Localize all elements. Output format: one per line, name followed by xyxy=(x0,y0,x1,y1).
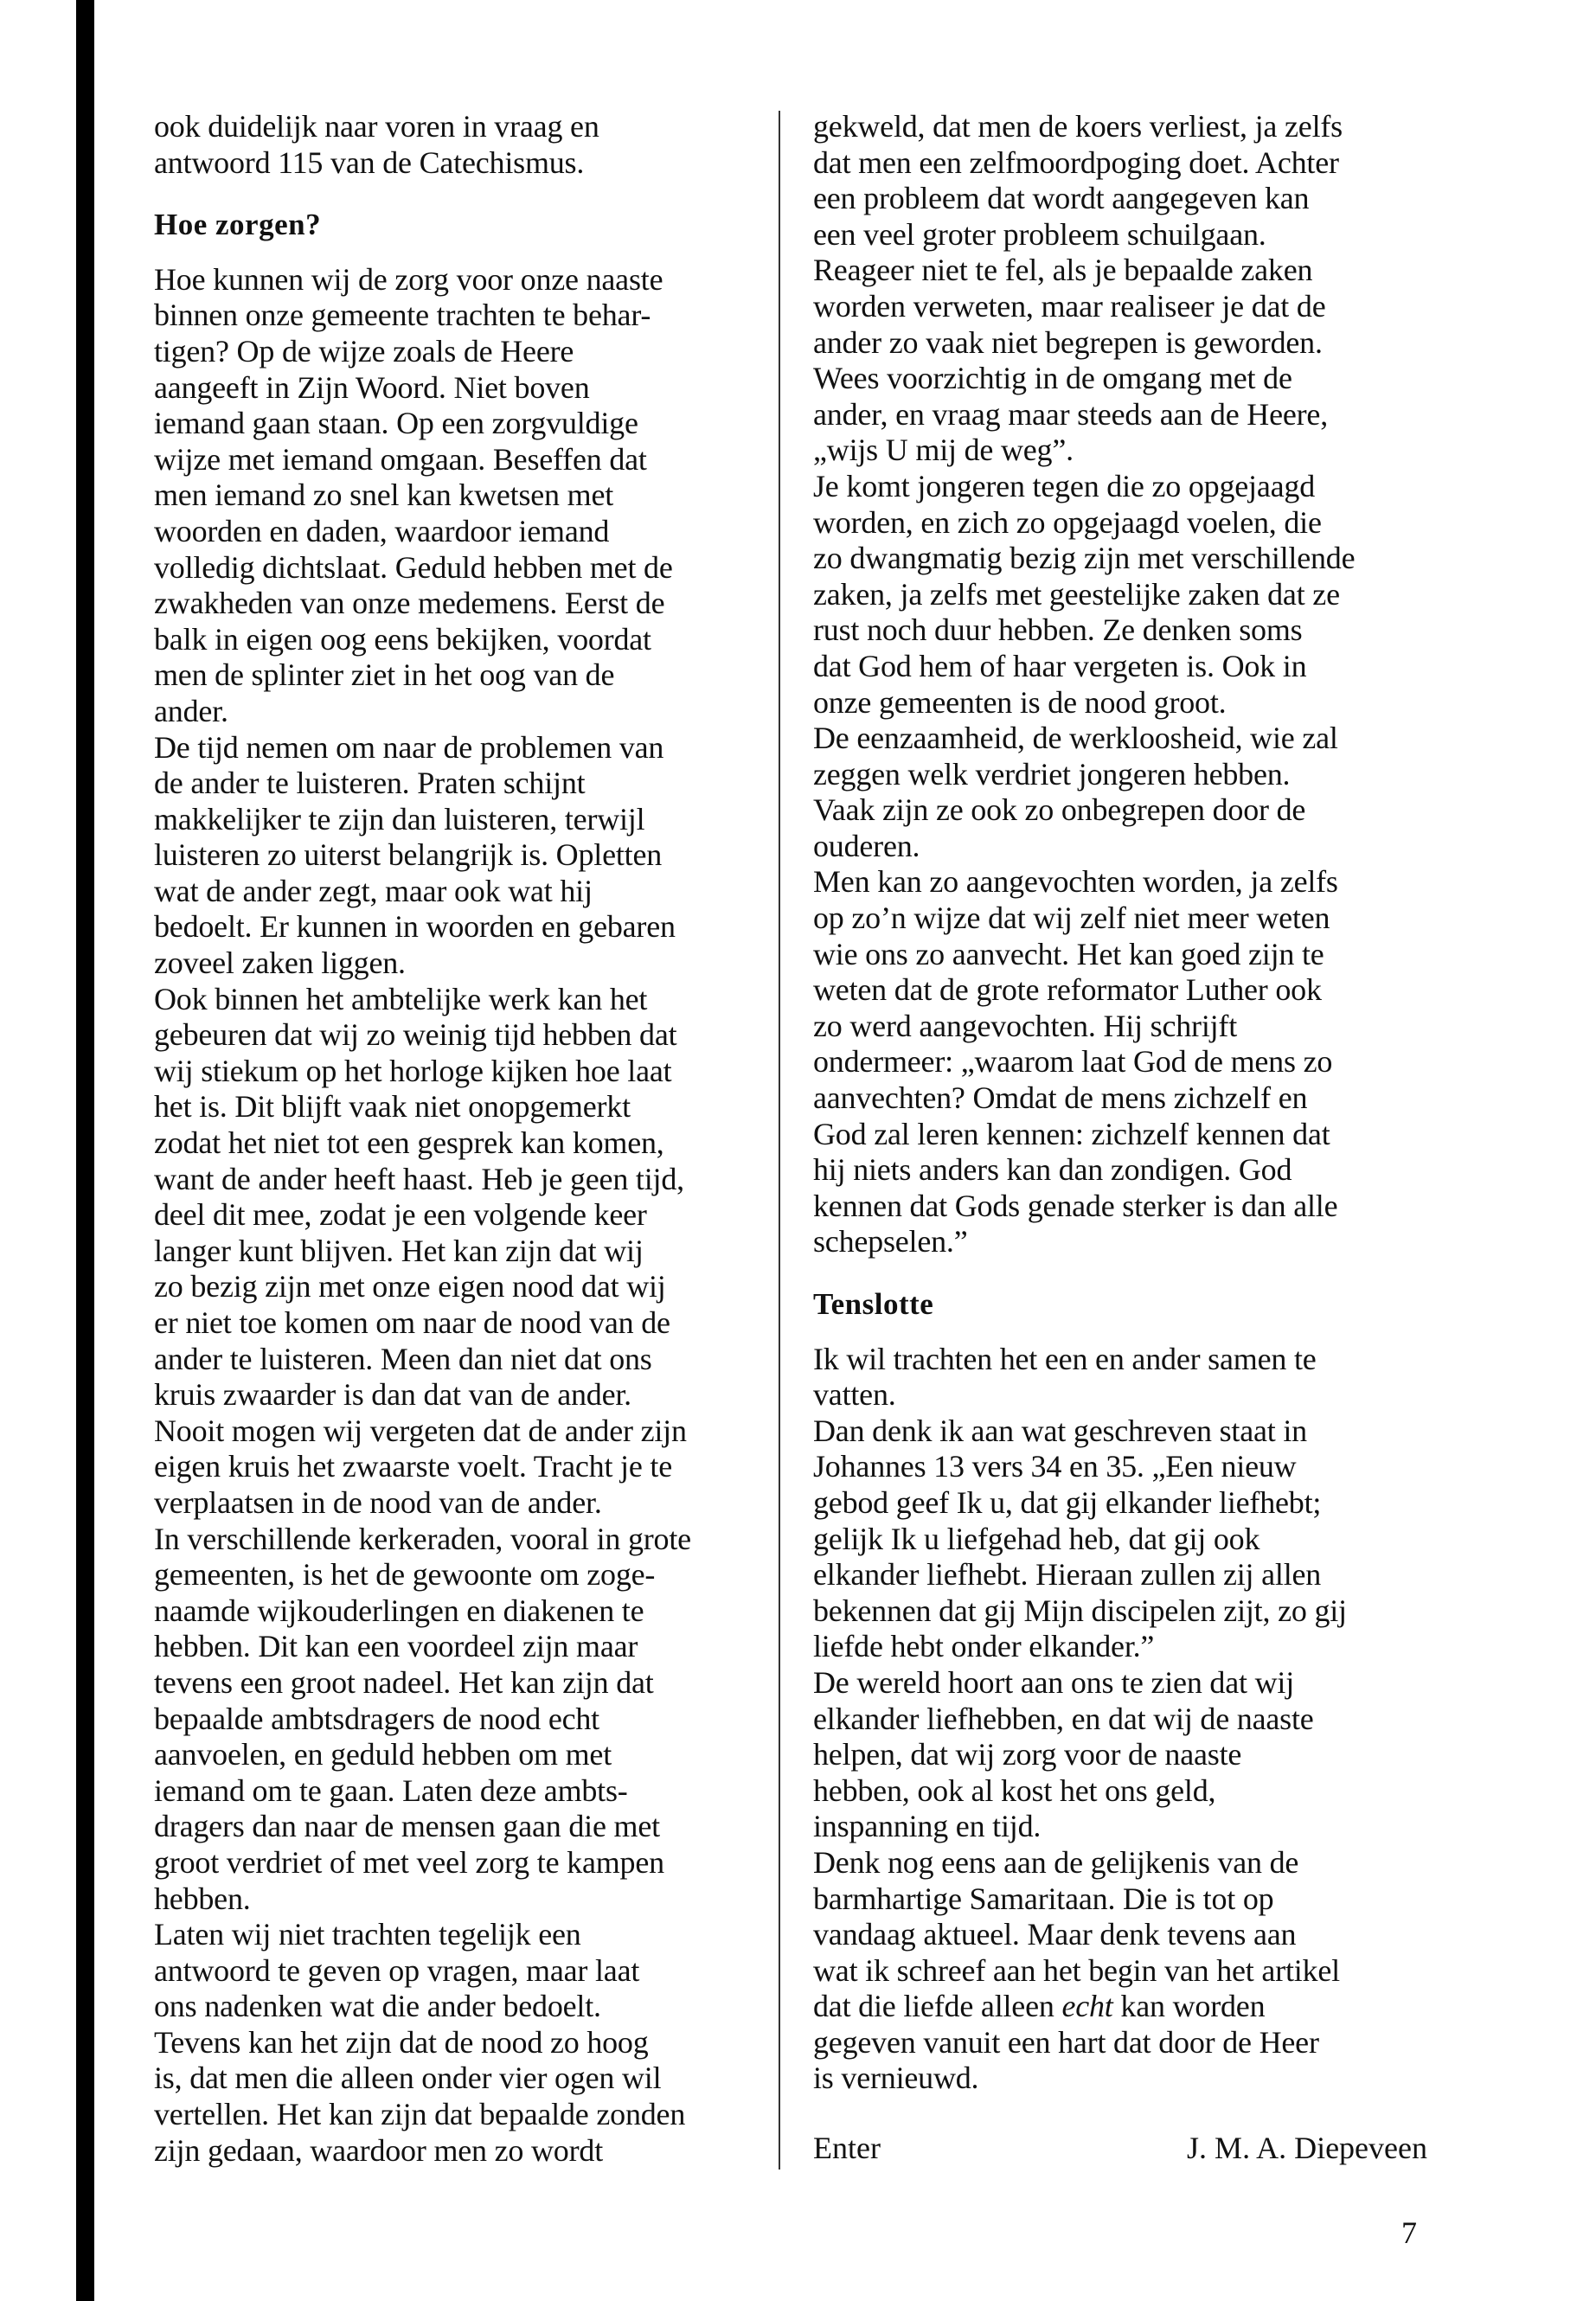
text-line: Johannes 13 vers 34 en 35. „Een nieuw xyxy=(813,1449,1436,1485)
text-line: op zo’n wijze dat wij zelf niet meer wet… xyxy=(813,901,1436,937)
text-line: het is. Dit blijft vaak niet onopgemerkt xyxy=(154,1089,768,1125)
right-column: gekweld, dat men de koers verliest, ja z… xyxy=(813,109,1436,2097)
text-line: want de ander heeft haast. Heb je geen t… xyxy=(154,1162,768,1198)
signature-author: J. M. A. Diepeveen xyxy=(1187,2131,1427,2167)
text-line: gemeenten, is het de gewoonte om zoge- xyxy=(154,1557,768,1593)
text-line: helpen, dat wij zorg voor de naaste xyxy=(813,1737,1436,1773)
text-line: worden, en zich zo opgejaagd voelen, die xyxy=(813,505,1436,542)
text-line: verplaatsen in de nood van de ander. xyxy=(154,1485,768,1522)
text-line: volledig dichtslaat. Geduld hebben met d… xyxy=(154,550,768,586)
text-line: vatten. xyxy=(813,1377,1436,1413)
page-number: 7 xyxy=(1401,2214,1417,2251)
text-line: tevens een groot nadeel. Het kan zijn da… xyxy=(154,1665,768,1702)
text-line: wat de ander zegt, maar ook wat hij xyxy=(154,874,768,910)
text-line: aangeeft in Zijn Woord. Niet boven xyxy=(154,370,768,407)
text-line: balk in eigen oog eens bekijken, voordat xyxy=(154,622,768,658)
text-line: hebben, ook al kost het ons geld, xyxy=(813,1773,1436,1810)
text-line: Vaak zijn ze ook zo onbegrepen door de xyxy=(813,792,1436,829)
text-line: Laten wij niet trachten tegelijk een xyxy=(154,1917,768,1953)
text-line: Je komt jongeren tegen die zo opgejaagd xyxy=(813,469,1436,505)
text-line: zo dwangmatig bezig zijn met verschillen… xyxy=(813,541,1436,577)
text-line: ook duidelijk naar voren in vraag en xyxy=(154,109,768,145)
text-line: ander zo vaak niet begrepen is geworden. xyxy=(813,325,1436,362)
text-line: wie ons zo aanvecht. Het kan goed zijn t… xyxy=(813,937,1436,973)
text-line: vandaag aktueel. Maar denk tevens aan xyxy=(813,1917,1436,1953)
text-line: „wijs U mij de weg”. xyxy=(813,433,1436,469)
text-line: De wereld hoort aan ons te zien dat wij xyxy=(813,1665,1436,1702)
text-line: eigen kruis het zwaarste voelt. Tracht j… xyxy=(154,1449,768,1485)
text-line: zaken, ja zelfs met geestelijke zaken da… xyxy=(813,577,1436,613)
text-line: aanvechten? Omdat de mens zichzelf en xyxy=(813,1080,1436,1117)
text-line: zodat het niet tot een gesprek kan komen… xyxy=(154,1125,768,1162)
left-column: ook duidelijk naar voren in vraag en ant… xyxy=(154,109,768,2169)
text-line: zijn gedaan, waardoor men zo wordt xyxy=(154,2133,768,2170)
text-line: ander, en vraag maar steeds aan de Heere… xyxy=(813,397,1436,433)
text-line: woorden en daden, waardoor iemand xyxy=(154,514,768,550)
signature: Enter J. M. A. Diepeveen xyxy=(813,2131,1427,2167)
text-line: wijze met iemand omgaan. Beseffen dat xyxy=(154,442,768,478)
text-line: hij niets anders kan dan zondigen. God xyxy=(813,1152,1436,1189)
text-line: de ander te luisteren. Praten schijnt xyxy=(154,766,768,802)
text-line: God zal leren kennen: zichzelf kennen da… xyxy=(813,1117,1436,1153)
text-line: een veel groter probleem schuilgaan. xyxy=(813,217,1436,253)
text-line: Denk nog eens aan de gelijkenis van de xyxy=(813,1845,1436,1881)
signature-place: Enter xyxy=(813,2131,881,2167)
text-line-with-emphasis: dat die liefde alleen echt kan worden xyxy=(813,1989,1436,2025)
text-line: wat ik schreef aan het begin van het art… xyxy=(813,1953,1436,1990)
text-line: aanvoelen, en geduld hebben om met xyxy=(154,1737,768,1773)
text-line: iemand om te gaan. Laten deze ambts- xyxy=(154,1773,768,1810)
text-line: gebod geef Ik u, dat gij elkander liefhe… xyxy=(813,1485,1436,1522)
text-line: zo bezig zijn met onze eigen nood dat wi… xyxy=(154,1269,768,1305)
text-line: langer kunt blijven. Het kan zijn dat wi… xyxy=(154,1234,768,1270)
text-line: makkelijker te zijn dan luisteren, terwi… xyxy=(154,802,768,838)
text-line: er niet toe komen om naar de nood van de xyxy=(154,1305,768,1342)
text-line: De eenzaamheid, de werkloosheid, wie zal xyxy=(813,721,1436,757)
text-line: barmhartige Samaritaan. Die is tot op xyxy=(813,1881,1436,1918)
text-line: weten dat de grote reformator Luther ook xyxy=(813,972,1436,1009)
text-line: kruis zwaarder is dan dat van de ander. xyxy=(154,1377,768,1413)
text-line: is, dat men die alleen onder vier ogen w… xyxy=(154,2061,768,2097)
text-line: inspanning en tijd. xyxy=(813,1809,1436,1845)
section-heading-hoe-zorgen: Hoe zorgen? xyxy=(154,207,768,243)
text-line: deel dit mee, zodat je een volgende keer xyxy=(154,1197,768,1234)
text-line: iemand gaan staan. Op een zorgvuldige xyxy=(154,406,768,442)
text-line: rust noch duur hebben. Ze denken soms xyxy=(813,612,1436,649)
section-heading-tenslotte: Tenslotte xyxy=(813,1286,1436,1323)
text-line: dragers dan naar de mensen gaan die met xyxy=(154,1809,768,1845)
text-line: ons nadenken wat die ander bedoelt. xyxy=(154,1989,768,2025)
text-line: men de splinter ziet in het oog van de xyxy=(154,657,768,694)
text-line: liefde hebt onder elkander.” xyxy=(813,1629,1436,1665)
text-line: vertellen. Het kan zijn dat bepaalde zon… xyxy=(154,2097,768,2133)
right-body-text-a: gekweld, dat men de koers verliest, ja z… xyxy=(813,109,1436,1260)
text-line: wij stiekum op het horloge kijken hoe la… xyxy=(154,1054,768,1090)
left-body-text: Hoe kunnen wij de zorg voor onze naasteb… xyxy=(154,262,768,2169)
text-line: Reageer niet te fel, als je bepaalde zak… xyxy=(813,253,1436,289)
text-line: hebben. xyxy=(154,1881,768,1918)
text-line: gegeven vanuit een hart dat door de Heer xyxy=(813,2025,1436,2061)
text-line: bekennen dat gij Mijn discipelen zijt, z… xyxy=(813,1593,1436,1630)
text-line: Nooit mogen wij vergeten dat de ander zi… xyxy=(154,1413,768,1450)
text-line: antwoord 115 van de Catechismus. xyxy=(154,145,768,182)
text-line: elkander liefhebt. Hieraan zullen zij al… xyxy=(813,1557,1436,1593)
right-body-text-b: Ik wil trachten het een en ander samen t… xyxy=(813,1342,1436,1990)
text-line: Men kan zo aangevochten worden, ja zelfs xyxy=(813,864,1436,901)
page-edge-bar xyxy=(76,0,94,2301)
text-line: is vernieuwd. xyxy=(813,2061,1436,2097)
text-line: luisteren zo uiterst belangrijk is. Ople… xyxy=(154,837,768,874)
text-line: bepaalde ambtsdragers de nood echt xyxy=(154,1702,768,1738)
text-line: bedoelt. Er kunnen in woorden en gebaren xyxy=(154,909,768,945)
right-body-text-c: gegeven vanuit een hart dat door de Heer… xyxy=(813,2025,1436,2097)
text-line: dat God hem of haar vergeten is. Ook in xyxy=(813,649,1436,685)
text-line: kennen dat Gods genade sterker is dan al… xyxy=(813,1189,1436,1225)
text-line: worden verweten, maar realiseer je dat d… xyxy=(813,289,1436,325)
text-line: Dan denk ik aan wat geschreven staat in xyxy=(813,1413,1436,1450)
text-line: gekweld, dat men de koers verliest, ja z… xyxy=(813,109,1436,145)
text-line: zwakheden van onze medemens. Eerst de xyxy=(154,586,768,622)
text-line: zeggen welk verdriet jongeren hebben. xyxy=(813,757,1436,793)
emphasis-echt: echt xyxy=(1061,1989,1112,2023)
text-line: Wees voorzichtig in de omgang met de xyxy=(813,361,1436,397)
text-line: tigen? Op de wijze zoals de Heere xyxy=(154,334,768,370)
text-line: elkander liefhebben, en dat wij de naast… xyxy=(813,1702,1436,1738)
text-line: Ik wil trachten het een en ander samen t… xyxy=(813,1342,1436,1378)
text-line: zo werd aangevochten. Hij schrijft xyxy=(813,1009,1436,1045)
text-line: ander. xyxy=(154,694,768,730)
text-line: dat men een zelfmoordpoging doet. Achter xyxy=(813,145,1436,182)
text-line: zoveel zaken liggen. xyxy=(154,945,768,982)
text-line: gelijk Ik u liefgehad heb, dat gij ook xyxy=(813,1522,1436,1558)
text-line: binnen onze gemeente trachten te behar- xyxy=(154,298,768,334)
text-line: onze gemeenten is de nood groot. xyxy=(813,685,1436,721)
text-line: schepselen.” xyxy=(813,1224,1436,1260)
column-divider xyxy=(779,111,780,2170)
text-line: Tevens kan het zijn dat de nood zo hoog xyxy=(154,2025,768,2061)
text-line: men iemand zo snel kan kwetsen met xyxy=(154,478,768,514)
text-line: In verschillende kerkeraden, vooral in g… xyxy=(154,1522,768,1558)
text-line: antwoord te geven op vragen, maar laat xyxy=(154,1953,768,1990)
text-line: gebeuren dat wij zo weinig tijd hebben d… xyxy=(154,1017,768,1054)
text-line: Hoe kunnen wij de zorg voor onze naaste xyxy=(154,262,768,298)
text-line: groot verdriet of met veel zorg te kampe… xyxy=(154,1845,768,1881)
text-line: ander te luisteren. Meen dan niet dat on… xyxy=(154,1342,768,1378)
text-line: naamde wijkouderlingen en diakenen te xyxy=(154,1593,768,1630)
text-line: De tijd nemen om naar de problemen van xyxy=(154,730,768,766)
text-line: ondermeer: „waarom laat God de mens zo xyxy=(813,1044,1436,1080)
text-line: ouderen. xyxy=(813,829,1436,865)
text-line: Ook binnen het ambtelijke werk kan het xyxy=(154,982,768,1018)
text-line: hebben. Dit kan een voordeel zijn maar xyxy=(154,1629,768,1665)
text-line: een probleem dat wordt aangegeven kan xyxy=(813,181,1436,217)
